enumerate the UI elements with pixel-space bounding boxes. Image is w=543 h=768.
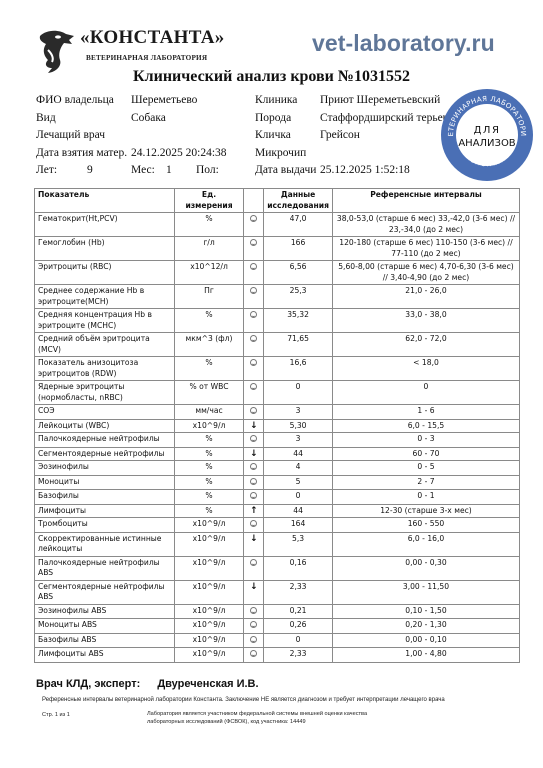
svg-text:ДЛЯ: ДЛЯ [474,125,501,136]
reference-interval: 2 - 7 [332,475,519,490]
table-row: Базофилы%00 - 1 [35,490,520,505]
unit: % [174,475,244,490]
reference-interval: 21,0 - 26,0 [332,285,519,309]
result-value: 44 [264,447,333,461]
reference-interval: 38,0-53,0 (старше 6 мес) 33,-42,0 (3-6 м… [332,213,519,237]
lab-stamp: ВЕТЕРИНАРНАЯ ЛАБОРАТОРИЯ КОНСТАНТА ДЛЯ А… [437,85,537,185]
table-row: Палочкоядерные нейтрофилы ABSх10^9/л0,16… [35,556,520,580]
smiley-icon [250,607,257,614]
flag-cell [244,633,264,648]
result-value: 5,3 [264,532,333,556]
reference-interval: 0,00 - 0,10 [332,633,519,648]
reference-interval: 0,20 - 1,30 [332,619,519,634]
parameter-name: Эритроциты (RBC) [35,261,175,285]
unit: х10^9/л [174,580,244,604]
unit: % [174,461,244,476]
reference-interval: 0 - 3 [332,433,519,448]
parameter-name: Среднее содержание Hb в эритроците(MCH) [35,285,175,309]
table-row: Эозинофилы%40 - 5 [35,461,520,476]
parameter-name: Лимфоциты ABS [35,648,175,663]
years-label: Лет: [36,164,57,176]
unit: х10^9/л [174,604,244,619]
fsvok-note: Лаборатория является участником федераль… [147,711,367,726]
header-parameter: Показатель [35,189,175,213]
flag-cell: ↓ [244,447,264,461]
reference-interval: 62,0 - 72,0 [332,333,519,357]
smiley-icon [250,215,257,222]
parameter-name: Сегментоядерные нейтрофилы [35,447,175,461]
unit: % [174,433,244,448]
result-value: 5 [264,475,333,490]
parameter-name: Палочкоядерные нейтрофилы [35,433,175,448]
parameter-name: Моноциты ABS [35,619,175,634]
flag-cell [244,648,264,663]
parameter-name: Лейкоциты (WBC) [35,419,175,433]
table-row: Средняя концентрация Hb в эритроците (MC… [35,309,520,333]
parameter-name: Ядерные эритроциты (нормобласты, nRBC) [35,381,175,405]
unit: % [174,490,244,505]
table-row: Сегментоядерные нейтрофилы%↓4460 - 70 [35,447,520,461]
table-row: Лимфоциты ABSх10^9/л2,331,00 - 4,80 [35,648,520,663]
unit: х10^9/л [174,518,244,533]
parameter-name: Лимфоциты [35,504,175,518]
signature-name: Двуреченская И.В. [157,678,258,690]
unit: х10^9/л [174,556,244,580]
result-value: 44 [264,504,333,518]
sample-date-value: 24.12.2025 20:24:38 [131,147,227,159]
smiley-icon [250,650,257,657]
flag-cell [244,490,264,505]
unit: г/л [174,237,244,261]
unit: Пг [174,285,244,309]
flag-cell [244,333,264,357]
parameter-name: Средний объём эритроцита (MCV) [35,333,175,357]
flag-cell [244,619,264,634]
smiley-icon [250,621,257,628]
nickname-label: Кличка [255,129,291,141]
smiley-icon [250,407,257,414]
result-value: 0 [264,633,333,648]
smiley-icon [250,287,257,294]
disclaimer-text: Референсные интервалы ветеринарной лабор… [42,697,445,703]
unit: х10^9/л [174,532,244,556]
table-row: Средний объём эритроцита (MCV)мкм^3 (фл)… [35,333,520,357]
table-row: Моноциты%52 - 7 [35,475,520,490]
flag-cell [244,213,264,237]
parameter-name: Гематокрит(Ht,PCV) [35,213,175,237]
issue-date-value: 25.12.2025 1:52:18 [320,164,410,176]
table-row: Гемоглобин (Hb)г/л166120-180 (старше 6 м… [35,237,520,261]
table-row: Палочкоядерные нейтрофилы%30 - 3 [35,433,520,448]
arrow-up-icon: ↑ [250,506,258,516]
result-value: 0 [264,490,333,505]
result-value: 2,33 [264,648,333,663]
reference-interval: 0 - 5 [332,461,519,476]
header-value: Данные исследования [264,189,333,213]
table-row: Эозинофилы ABSх10^9/л0,210,10 - 1,50 [35,604,520,619]
breed-value: Стаффордширский терьер [320,112,448,124]
flag-cell [244,261,264,285]
header-reference: Референсные интервалы [332,189,519,213]
table-row: Лейкоциты (WBC)х10^9/л↓5,306,0 - 15,5 [35,419,520,433]
reference-interval: 6,0 - 15,5 [332,419,519,433]
reference-interval: 0,10 - 1,50 [332,604,519,619]
arrow-down-icon: ↓ [250,582,258,592]
reference-interval: 1,00 - 4,80 [332,648,519,663]
smiley-icon [250,383,257,390]
smiley-icon [250,263,257,270]
table-row: Лимфоциты%↑4412-30 (старше 3-х мес) [35,504,520,518]
owner-value: Шереметьево [131,94,197,106]
smiley-icon [250,463,257,470]
flag-cell: ↑ [244,504,264,518]
sample-date-label: Дата взятия матер. [36,147,127,159]
table-row: Среднее содержание Hb в эритроците(MCH)П… [35,285,520,309]
result-value: 0,16 [264,556,333,580]
unit: % [174,504,244,518]
flag-cell: ↓ [244,580,264,604]
species-value: Собака [131,112,166,124]
result-value: 25,3 [264,285,333,309]
smiley-icon [250,435,257,442]
flag-cell [244,433,264,448]
parameter-name: Средняя концентрация Hb в эритроците (MC… [35,309,175,333]
years-value: 9 [87,164,93,176]
result-value: 2,33 [264,580,333,604]
unit: % [174,213,244,237]
flag-cell [244,475,264,490]
parameter-name: СОЭ [35,405,175,420]
species-label: Вид [36,112,56,124]
flag-cell [244,461,264,476]
flag-cell [244,405,264,420]
months-label: Мес: [131,164,155,176]
parameter-name: Сегментоядерные нейтрофилы ABS [35,580,175,604]
unit: % [174,309,244,333]
clinic-label: Клиника [255,94,297,106]
arrow-down-icon: ↓ [250,421,258,431]
brand-name: «КОНСТАНТА» [80,27,225,49]
reference-interval: 33,0 - 38,0 [332,309,519,333]
flag-cell [244,285,264,309]
reference-interval: 3,00 - 11,50 [332,580,519,604]
table-row: Базофилы ABSх10^9/л00,00 - 0,10 [35,633,520,648]
arrow-down-icon: ↓ [250,449,258,459]
table-row: Ядерные эритроциты (нормобласты, nRBC)% … [35,381,520,405]
flag-cell [244,237,264,261]
result-value: 164 [264,518,333,533]
reference-interval: 160 - 550 [332,518,519,533]
smiley-icon [250,359,257,366]
parameter-name: Эозинофилы ABS [35,604,175,619]
result-value: 3 [264,433,333,448]
nickname-value: Грейсон [320,129,360,141]
reference-interval: 0,00 - 0,30 [332,556,519,580]
header-flag [244,189,264,213]
unit: % от WBC [174,381,244,405]
reference-interval: 1 - 6 [332,405,519,420]
table-row: Моноциты ABSх10^9/л0,260,20 - 1,30 [35,619,520,634]
results-table: Показатель Ед. измерения Данные исследов… [34,188,520,663]
issue-date-label: Дата выдачи [255,164,316,176]
smiley-icon [250,311,257,318]
result-value: 0,26 [264,619,333,634]
smiley-icon [250,239,257,246]
result-value: 0,21 [264,604,333,619]
header-unit: Ед. измерения [174,189,244,213]
result-value: 5,30 [264,419,333,433]
flag-cell [244,556,264,580]
unit: х10^9/л [174,619,244,634]
result-value: 3 [264,405,333,420]
website-link[interactable]: vet-laboratory.ru [312,30,495,57]
smiley-icon [250,478,257,485]
table-row: СОЭмм/час31 - 6 [35,405,520,420]
fsvok-line-2: лабораторных исследований (ФСВОК), код у… [147,719,367,727]
result-value: 166 [264,237,333,261]
result-value: 16,6 [264,357,333,381]
signature-line: Врач КЛД, эксперт: Двуреченская И.В. [36,678,259,690]
parameter-name: Гемоглобин (Hb) [35,237,175,261]
doctor-label: Лечащий врач [36,129,105,141]
reference-interval: 60 - 70 [332,447,519,461]
sex-label: Пол: [196,164,219,176]
table-row: Гематокрит(Ht,PCV)%47,038,0-53,0 (старше… [35,213,520,237]
reference-interval: < 18,0 [332,357,519,381]
flag-cell [244,309,264,333]
months-value: 1 [166,164,172,176]
unit: х10^9/л [174,419,244,433]
microchip-label: Микрочип [255,147,306,159]
document-title: Клинический анализ крови №1031552 [0,68,543,86]
breed-label: Порода [255,112,291,124]
parameter-name: Тромбоциты [35,518,175,533]
brand-subtitle: ВЕТЕРИНАРНАЯ ЛАБОРАТОРИЯ [86,54,207,62]
table-row: Эритроциты (RBC)х10^12/л6,565,60-8,00 (с… [35,261,520,285]
reference-interval: 0 [332,381,519,405]
parameter-name: Показатель анизоцитоза эритроцитов (RDW) [35,357,175,381]
unit: х10^9/л [174,648,244,663]
result-value: 71,65 [264,333,333,357]
smiley-icon [250,520,257,527]
result-value: 6,56 [264,261,333,285]
unit: мм/час [174,405,244,420]
smiley-icon [250,492,257,499]
clinic-value: Приют Шереметьевский [320,94,440,106]
table-row: Сегментоядерные нейтрофилы ABSх10^9/л↓2,… [35,580,520,604]
flag-cell [244,604,264,619]
reference-interval: 5,60-8,00 (старше 6 мес) 4,70-6,30 (3-6 … [332,261,519,285]
reference-interval: 0 - 1 [332,490,519,505]
parameter-name: Палочкоядерные нейтрофилы ABS [35,556,175,580]
unit: х10^9/л [174,633,244,648]
table-header-row: Показатель Ед. измерения Данные исследов… [35,189,520,213]
table-row: Скорректированные истинные лейкоцитых10^… [35,532,520,556]
parameter-name: Базофилы [35,490,175,505]
flag-cell: ↓ [244,419,264,433]
unit: мкм^3 (фл) [174,333,244,357]
parameter-name: Эозинофилы [35,461,175,476]
parameter-name: Моноциты [35,475,175,490]
table-row: Показатель анизоцитоза эритроцитов (RDW)… [35,357,520,381]
smiley-icon [250,335,257,342]
flag-cell [244,357,264,381]
result-value: 47,0 [264,213,333,237]
arrow-down-icon: ↓ [250,534,258,544]
flag-cell [244,518,264,533]
reference-interval: 12-30 (старше 3-х мес) [332,504,519,518]
flag-cell: ↓ [244,532,264,556]
signature-label: Врач КЛД, эксперт: [36,678,140,690]
flag-cell [244,381,264,405]
reference-interval: 120-180 (старше 6 мес) 110-150 (3-6 мес)… [332,237,519,261]
page-number: Стр. 1 из 1 [42,712,70,718]
smiley-icon [250,559,257,566]
result-value: 4 [264,461,333,476]
result-value: 35,32 [264,309,333,333]
result-value: 0 [264,381,333,405]
smiley-icon [250,636,257,643]
reference-interval: 6,0 - 16,0 [332,532,519,556]
fsvok-line-1: Лаборатория является участником федераль… [147,711,367,719]
unit: х10^12/л [174,261,244,285]
unit: % [174,357,244,381]
parameter-name: Скорректированные истинные лейкоциты [35,532,175,556]
svg-text:АНАЛИЗОВ: АНАЛИЗОВ [458,138,515,149]
parameter-name: Базофилы ABS [35,633,175,648]
table-row: Тромбоцитых10^9/л164160 - 550 [35,518,520,533]
owner-label: ФИО владельца [36,94,114,106]
unit: % [174,447,244,461]
